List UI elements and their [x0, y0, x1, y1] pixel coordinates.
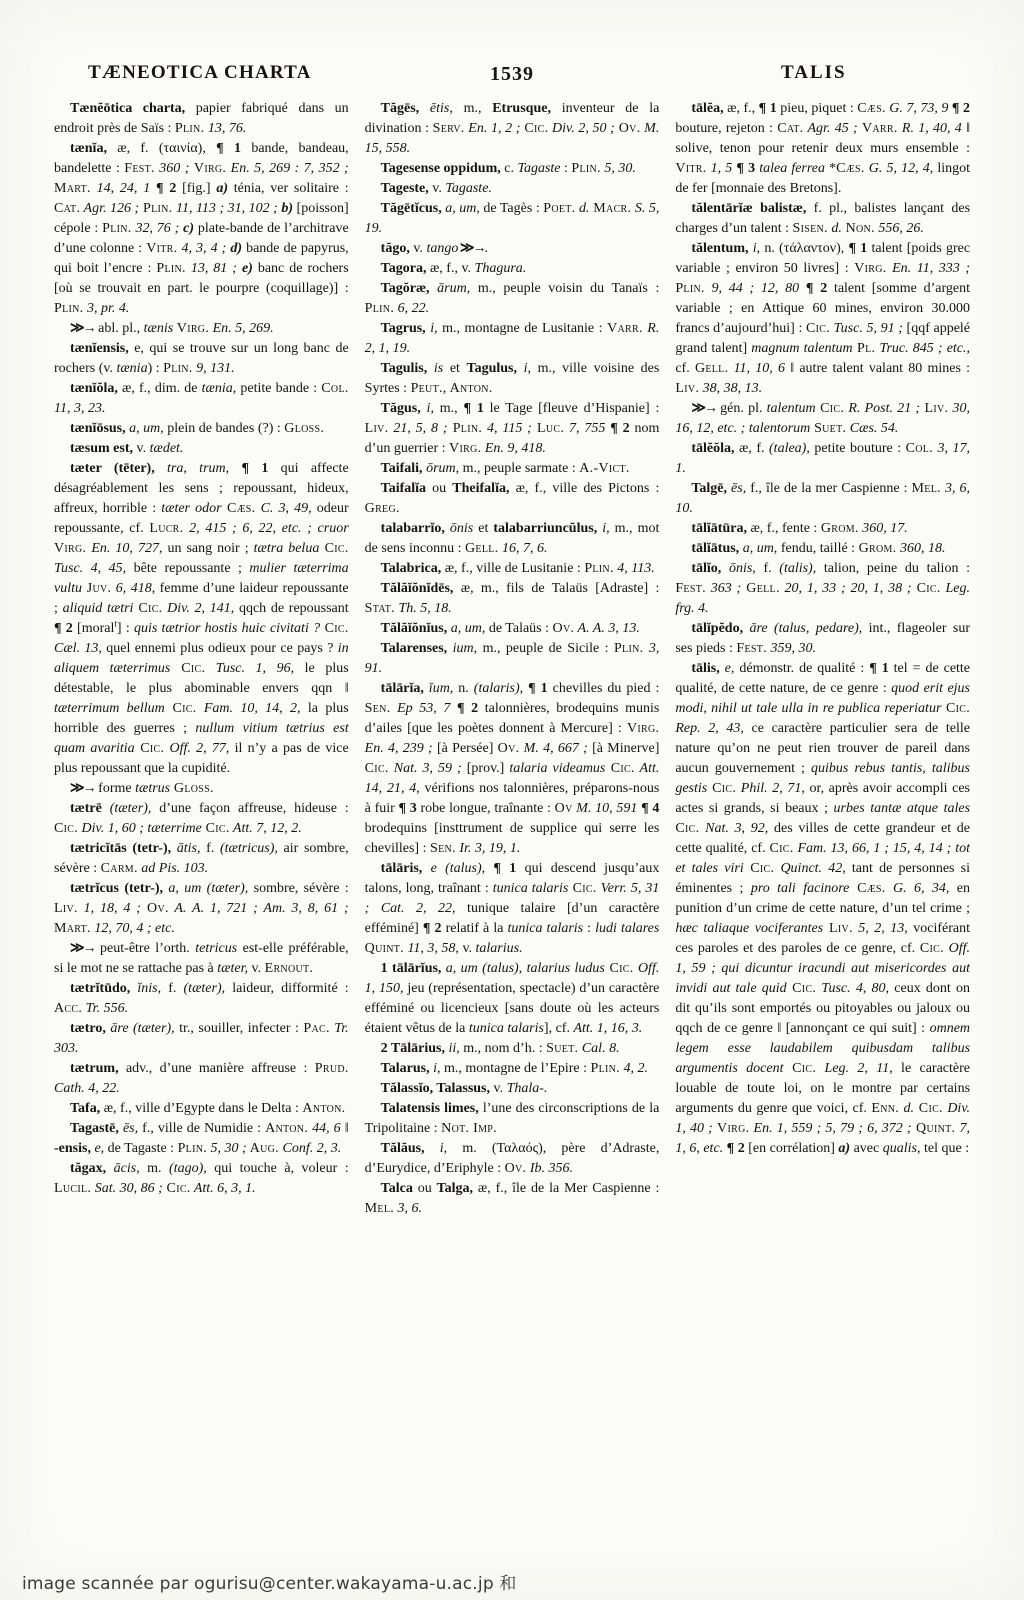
- text-run: Cic.: [320, 621, 349, 636]
- dictionary-entry: tālĭātūra, æ, f., fente : Grom. 360, 17.: [675, 519, 970, 539]
- text-run: [prov.]: [462, 761, 510, 776]
- text-run: ≫→: [458, 241, 484, 256]
- text-run: ¶ 1: [463, 401, 483, 416]
- text-run: a, um,: [447, 621, 485, 636]
- text-run: tel que :: [920, 1141, 969, 1156]
- dictionary-entry: tălentum, i, n. (τάλαντον), ¶ 1 talent […: [675, 239, 970, 399]
- dictionary-entry: tætrĭcus (tetr-), a, um (tæter), sombre,…: [54, 879, 349, 939]
- text-run: m.: [140, 1161, 169, 1176]
- text-run: Cic.: [941, 701, 970, 716]
- text-run: e): [237, 261, 253, 276]
- text-run: Plin.: [178, 1141, 207, 1156]
- headword: tālĭo,: [691, 561, 721, 576]
- text-run: Acc.: [54, 1001, 82, 1016]
- dictionary-entry: tālĭo, ōnis, f. (talis), talion, peine d…: [675, 559, 970, 619]
- dictionary-entry: 2 Tālārius, ii, m., nom d’h. : Suet. Cal…: [365, 1039, 660, 1059]
- text-run: Rep. 2, 43,: [675, 721, 744, 736]
- text-run: ētis,: [419, 101, 453, 116]
- text-run: tra, trum,: [155, 461, 229, 476]
- headword: Tălăĭŏnĭus,: [381, 621, 448, 636]
- dictionary-entry: Tageste, v. Tagaste.: [365, 179, 660, 199]
- dictionary-entry: Tălăus, i, m. (Ταλαός), père d’Adraste, …: [365, 1139, 660, 1179]
- dictionary-entry: Talarus, i, m., montagne de l’Epire : Pl…: [365, 1059, 660, 1079]
- text-run: Att. 6, 3, 1.: [191, 1181, 256, 1196]
- headword: Tagŏræ,: [381, 281, 430, 296]
- text-run: Gell.: [695, 361, 728, 376]
- text-run: pro tali facinore: [751, 881, 850, 896]
- headword: tălentārĭæ balistæ,: [691, 201, 806, 216]
- text-run: tænis: [144, 321, 174, 336]
- text-run: Virg.: [173, 321, 209, 336]
- text-run: Suet.: [810, 421, 846, 436]
- text-run: 21, 5, 8 ;: [388, 421, 447, 436]
- text-run: bouture, rejeton :: [675, 121, 777, 136]
- dictionary-entry: ≫→ gén. pl. talentum Cic. R. Post. 21 ; …: [675, 399, 970, 439]
- text-run: un sang noir ;: [162, 541, 253, 556]
- headword: tālĕa,: [691, 101, 723, 116]
- text-run: :: [561, 161, 572, 176]
- text-run: robe longue, traînante :: [417, 801, 555, 816]
- text-run: 1, 5: [707, 161, 733, 176]
- text-run: ¶ 1: [216, 141, 241, 156]
- text-run: ōnis,: [721, 561, 756, 576]
- headword: talabarrĭo,: [381, 521, 445, 536]
- headword: Tăgus,: [381, 401, 421, 416]
- text-run: Cic.: [54, 821, 78, 836]
- headword: tăgax,: [70, 1161, 106, 1176]
- text-run: Virg.: [854, 261, 886, 276]
- text-run: Liv.: [823, 921, 853, 936]
- headword: tætrum,: [70, 1061, 119, 1076]
- text-run: Fest.: [675, 581, 706, 596]
- text-run: En. 5, 269.: [209, 321, 274, 336]
- text-run: Div. 2, 141,: [162, 601, 234, 616]
- text-run: tætra belua: [254, 541, 320, 556]
- text-run: m., peuple sarmate :: [459, 461, 579, 476]
- headword: Tagesense oppidum,: [381, 161, 501, 176]
- text-run: m.,: [434, 401, 464, 416]
- headword: tālāris,: [381, 861, 423, 876]
- text-run: plein de bandes (?) :: [164, 421, 285, 436]
- text-run: bête repoussante ;: [126, 561, 249, 576]
- headword: tālis,: [691, 661, 719, 676]
- text-run: Div. 1, 60 ; tæterrime: [78, 821, 202, 836]
- headword: tætrĭcus (tetr-),: [70, 881, 163, 896]
- headword: Tăgētĭcus,: [381, 201, 442, 216]
- text-run: Grom.: [859, 541, 897, 556]
- text-run: R. Post. 21 ;: [844, 401, 920, 416]
- text-run: Fest.: [736, 641, 767, 656]
- text-run: Liv.: [675, 381, 699, 396]
- text-run: ¶ 2: [799, 281, 827, 296]
- text-run: Plin.: [614, 641, 643, 656]
- text-run: G. 7, 73, 9: [886, 101, 949, 116]
- text-run: Conf. 2, 3.: [279, 1141, 341, 1156]
- text-run: Plin.: [584, 561, 613, 576]
- text-run: Cic.: [707, 781, 736, 796]
- text-run: Cat.: [54, 201, 80, 216]
- text-run: æ, f., ville d’Egypte dans le Delta :: [100, 1101, 302, 1116]
- text-run: En. 9, 418.: [481, 441, 546, 456]
- text-run: [à Minerve]: [588, 741, 660, 756]
- text-run: 3, pr. 4.: [83, 301, 129, 316]
- headword: Talarus,: [381, 1061, 430, 1076]
- headword: tætro,: [70, 1021, 106, 1036]
- column-1: Tænĕōtica charta, papier fabriqué dans u…: [54, 99, 357, 1558]
- text-run: v.: [459, 941, 476, 956]
- text-run: æ, f. (ταινία),: [107, 141, 216, 156]
- dictionary-entry: Tagesense oppidum, c. Tagaste : Plin. 5,…: [365, 159, 660, 179]
- text-run: Cic.: [816, 401, 845, 416]
- text-run: Quint.: [912, 1121, 956, 1136]
- dictionary-entry: Tălăĭŏnĭus, a, um, de Talaüs : Ov. A. A.…: [365, 619, 660, 639]
- text-run: En. 4, 239 ;: [365, 741, 433, 756]
- headword: Tălăus,: [381, 1141, 425, 1156]
- text-run: Th. 5, 18.: [395, 601, 452, 616]
- headword: Talarenses,: [381, 641, 448, 656]
- text-run: ) :: [148, 361, 164, 376]
- text-run: talea ferrea: [755, 161, 825, 176]
- text-run: 6, 418,: [111, 581, 155, 596]
- scanned-dictionary-page: TÆNEOTICA CHARTA 1539 TALIS Tænĕōtica ch…: [0, 0, 1024, 1600]
- headword: tālĭātūra,: [691, 521, 747, 536]
- headword: 1 tālārĭus,: [381, 961, 442, 976]
- dictionary-entry: tætrum, adv., d’une manière affreuse : P…: [54, 1059, 349, 1099]
- text-run: Gell.: [465, 541, 498, 556]
- text-run: 38, 38, 13.: [699, 381, 762, 396]
- text-run: -ensis,: [54, 1141, 91, 1156]
- text-run: ou: [413, 1181, 437, 1196]
- text-run: Ov: [555, 801, 573, 816]
- headword: Tagulis,: [381, 361, 428, 376]
- text-run: Cæs.: [857, 101, 886, 116]
- headword: Tageste,: [381, 181, 429, 196]
- text-run: tunica talaris: [469, 1021, 544, 1036]
- text-run: Tr. 556.: [82, 1001, 128, 1016]
- text-run: 360 ;: [155, 161, 190, 176]
- text-run: Cic.: [787, 981, 817, 996]
- headword: Tăgēs,: [381, 101, 420, 116]
- text-run: ¶ 2: [54, 621, 73, 636]
- text-run: ēs,: [727, 481, 746, 496]
- text-run: Ov.: [615, 121, 641, 136]
- text-run: tetricus: [195, 941, 237, 956]
- text-run: Enn.: [871, 1101, 899, 1116]
- text-run: d.: [899, 1101, 914, 1116]
- headword: Tălăĭŏnĭdēs,: [381, 581, 454, 596]
- dictionary-entry: Tăgēs, ētis, m., Etrusque, inventeur de …: [365, 99, 660, 159]
- text-run: ¶ 1: [869, 661, 889, 676]
- text-run: qqch de repoussant: [234, 601, 348, 616]
- dictionary-entry: ≫→ forme tætrus Gloss.: [54, 779, 349, 799]
- text-run: R. 1, 40, 4: [898, 121, 962, 136]
- text-run: Cat.: [777, 121, 803, 136]
- text-run: quel ennemi plus odieux pour ce pays ?: [102, 641, 338, 656]
- text-run: (talea),: [769, 441, 810, 456]
- text-run: Virg.: [713, 1121, 750, 1136]
- text-run: Gell.: [741, 581, 780, 596]
- text-run: Cæl. 13,: [54, 641, 102, 656]
- text-run: ], cf.: [544, 1021, 574, 1036]
- text-run: (talis),: [779, 561, 816, 576]
- text-run: v.: [429, 181, 446, 196]
- text-run: n.: [453, 681, 473, 696]
- text-run: laideur, difformité :: [225, 981, 349, 996]
- text-run: Cic.: [744, 861, 775, 876]
- headword: tætrĭtūdo,: [70, 981, 130, 996]
- text-run: ‖ autre talent valant 80 mines :: [785, 361, 970, 376]
- text-run: Cic.: [319, 541, 348, 556]
- text-run: Mart.: [54, 181, 91, 196]
- text-run: i,: [597, 521, 609, 536]
- text-run: petite bouture :: [810, 441, 906, 456]
- text-run: a): [216, 181, 228, 196]
- text-run: urbes tantæ atque tales: [834, 801, 970, 816]
- text-run: Quinct. 42,: [774, 861, 845, 876]
- text-run: ou: [426, 481, 452, 496]
- text-run: Pac.: [303, 1021, 329, 1036]
- text-run: 13, 81 ;: [186, 261, 237, 276]
- text-run: talion, peine du talion :: [816, 561, 970, 576]
- text-run: m., montagne de Lusitanie :: [438, 321, 607, 336]
- text-run: ¶ 4: [637, 801, 659, 816]
- text-run: 4, 113.: [614, 561, 655, 576]
- dictionary-entry: tālĭātus, a, um, fendu, taillé : Grom. 3…: [675, 539, 970, 559]
- text-run: a, um (talus), talarius ludus: [441, 961, 604, 976]
- text-run: i,: [430, 1061, 441, 1076]
- text-run: G. 6, 34,: [886, 881, 950, 896]
- text-run: f.: [756, 561, 779, 576]
- text-run: (tæter),: [184, 981, 226, 996]
- text-run: ārum,: [430, 281, 471, 296]
- text-run: m., peuple voisin du Tanaïs :: [470, 281, 659, 296]
- text-run: 5, 30.: [601, 161, 636, 176]
- text-run: 360, 17.: [859, 521, 908, 536]
- dictionary-entry: Tăgus, i, m., ¶ 1 le Tage [fleuve d’Hisp…: [365, 399, 660, 459]
- text-run: forme: [95, 781, 135, 796]
- text-run: Vitr.: [146, 241, 177, 256]
- dictionary-entry: Tălăĭŏnĭdēs, æ, m., fils de Talaüs [Adra…: [365, 579, 660, 619]
- text-run: chevilles du pied :: [548, 681, 660, 696]
- text-run: avec: [850, 1141, 883, 1156]
- text-run: ¶ 1: [759, 101, 777, 116]
- text-run: En. 1, 2 ;: [465, 121, 521, 136]
- text-run: ium,: [447, 641, 477, 656]
- text-run: Fest.: [124, 161, 155, 176]
- text-run: f.: [201, 841, 220, 856]
- headword: Taifalĭa: [381, 481, 426, 496]
- headword: tænĭōsus,: [70, 421, 126, 436]
- text-run: (tætricus),: [220, 841, 278, 856]
- text-run: A. A. 1, 721 ; Am. 3, 8, 61 ;: [169, 901, 349, 916]
- text-run: d.: [828, 221, 842, 236]
- text-run: f., ville de Numidie :: [138, 1121, 265, 1136]
- headword: Taifali,: [381, 461, 423, 476]
- text-run: Talga,: [437, 1181, 473, 1196]
- text-run: [moral: [73, 621, 115, 636]
- text-run: relatif à la: [442, 921, 508, 936]
- text-run: aliquid tætri: [63, 601, 134, 616]
- headword: Talca: [381, 1181, 413, 1196]
- text-run: i,: [426, 321, 438, 336]
- text-run: āre (talus, pedare),: [743, 621, 862, 636]
- text-run: Fam. 10, 14, 2,: [196, 701, 300, 716]
- text-run: 11, 3, 58,: [404, 941, 459, 956]
- text-run: Virg.: [627, 721, 659, 736]
- text-run: de Tagaste :: [104, 1141, 177, 1156]
- text-run: i,: [421, 401, 434, 416]
- text-run: Carm.: [101, 861, 138, 876]
- text-run: tunica talaris: [493, 881, 569, 896]
- text-run: Ernout.: [265, 961, 314, 976]
- text-run: Sisen.: [793, 221, 828, 236]
- text-run: 2, 415 ; 6, 22, etc. ; cruor: [183, 521, 348, 536]
- text-run: Lucr.: [149, 521, 183, 536]
- text-run: 12, 70, 4 ; etc.: [91, 921, 175, 936]
- text-run: Ov.: [505, 1161, 527, 1176]
- text-run: a, um,: [126, 421, 164, 436]
- text-run: 4, 3, 4 ;: [177, 241, 226, 256]
- text-run: 13, 76.: [204, 121, 246, 136]
- headword: tænĭŏla,: [70, 381, 118, 396]
- text-run: Cic.: [912, 581, 941, 596]
- text-run: petite bande :: [236, 381, 321, 396]
- text-run: ≫→: [691, 401, 716, 416]
- text-run: v.: [133, 441, 150, 456]
- dictionary-entry: Talca ou Talga, æ, f., île de la Mer Cas…: [365, 1179, 660, 1219]
- column-3: tālĕa, æ, f., ¶ 1 pieu, piquet : Cæs. G.…: [667, 99, 970, 1558]
- text-run: æ, f., ville de Lusitanie :: [441, 561, 584, 576]
- text-run: ≫→: [70, 321, 95, 336]
- text-run: Tagaste.: [445, 181, 492, 196]
- text-run: 9, 44 ; 12, 80: [705, 281, 799, 296]
- headword: tālĕŏla,: [691, 441, 734, 456]
- dictionary-entry: tăgo, v. tango ≫→.: [365, 239, 660, 259]
- dictionary-entry: tălentārĭæ balistæ, f. pl., balistes lan…: [675, 199, 970, 239]
- dictionary-entry: Tălassĭo, Talassus, v. Thala-.: [365, 1079, 660, 1099]
- text-run: Liv.: [365, 421, 389, 436]
- text-run: Ep 53, 7: [391, 701, 451, 716]
- text-run: 556, 26.: [875, 221, 924, 236]
- headword: Tagrus,: [381, 321, 426, 336]
- text-run: Prud.: [315, 1061, 349, 1076]
- dictionary-entry: Taifalĭa ou Theifalĭa, æ, f., ville des …: [365, 479, 660, 519]
- text-run: Agr. 45 ;: [803, 121, 857, 136]
- dictionary-entry: tænĭensis, e, qui se trouve sur un long …: [54, 339, 349, 379]
- text-run: e,: [720, 661, 735, 676]
- text-run: ¶ 2: [605, 421, 629, 436]
- dictionary-entry: tālārĭa, ĭum, n. (talaris), ¶ 1 cheville…: [365, 679, 660, 859]
- dictionary-entry: tālĭpĕdo, āre (talus, pedare), int., fla…: [675, 619, 970, 659]
- text-run: Lucil.: [54, 1181, 91, 1196]
- text-run: ≫→: [70, 781, 95, 796]
- text-run: [en corrélation]: [745, 1141, 839, 1156]
- dictionary-entry: Talarenses, ium, m., peuple de Sicile : …: [365, 639, 660, 679]
- dictionary-entry: tænĭŏla, æ, f., dim. de tænia, petite ba…: [54, 379, 349, 419]
- text-run: En. 1, 559 ; 5, 79 ; 6, 372 ;: [749, 1121, 911, 1136]
- text-run: talaria videamus: [509, 761, 605, 776]
- dictionary-entry: Tăgētĭcus, a, um, de Tagès : Poet. d. Ma…: [365, 199, 660, 239]
- text-run: ¶ 2: [150, 181, 176, 196]
- text-run: d): [226, 241, 242, 256]
- text-run: et: [473, 521, 493, 536]
- text-run: Tusc. 5, 91 ;: [830, 321, 903, 336]
- text-run: et: [443, 361, 466, 376]
- text-run: Plin.: [102, 221, 131, 236]
- text-run: æ, f., ville des Pictons :: [509, 481, 659, 496]
- text-run: Ir. 3, 19, 1.: [456, 841, 521, 856]
- text-run: Mart.: [54, 921, 91, 936]
- text-run: 3, 6.: [394, 1201, 422, 1216]
- dictionary-entry: ≫→ abl. pl., tænis Virg. En. 5, 269.: [54, 319, 349, 339]
- text-run: ōnis: [445, 521, 473, 536]
- text-run: Tagulus,: [467, 361, 517, 376]
- text-run: Phil. 2, 71,: [736, 781, 805, 796]
- text-run: Off. 2, 77,: [164, 741, 229, 756]
- text-run: ōrum,: [423, 461, 460, 476]
- text-run: tætrus: [135, 781, 170, 796]
- text-run: 32, 76 ;: [132, 221, 180, 236]
- text-run: Not. Imp.: [441, 1121, 497, 1136]
- headword: tæsum est,: [70, 441, 133, 456]
- text-run: Pl.: [853, 341, 876, 356]
- dictionary-entry: Tagastē, ēs, f., ville de Numidie : Anto…: [54, 1119, 349, 1159]
- text-run: talabarriuncŭlus,: [493, 521, 597, 536]
- text-run: m., peuple de Sicile :: [477, 641, 614, 656]
- dictionary-entry: Tagora, æ, f., v. Thagura.: [365, 259, 660, 279]
- text-run: Quint.: [365, 941, 404, 956]
- text-run: Cæs. 54.: [846, 421, 898, 436]
- headword: tænĭensis,: [70, 341, 129, 356]
- dictionary-entry: tālis, e, démonstr. de qualité : ¶ 1 tel…: [675, 659, 970, 1159]
- text-run: m., montagne de l’Epire :: [440, 1061, 590, 1076]
- text-run: gén. pl.: [716, 401, 767, 416]
- dictionary-entry: Tafa, æ, f., ville d’Egypte dans le Delt…: [54, 1099, 349, 1119]
- text-run: Aug.: [247, 1141, 279, 1156]
- running-head-right: TALIS: [781, 62, 847, 84]
- dictionary-entry: tætrĭtūdo, ĭnis, f. (tæter), laideur, di…: [54, 979, 349, 1019]
- dictionary-entry: tætro, āre (tæter), tr., souiller, infec…: [54, 1019, 349, 1059]
- headword: Tălassĭo, Talassus,: [381, 1081, 490, 1096]
- headword: tālĭātus,: [691, 541, 739, 556]
- dictionary-entry: Tagulis, is et Tagulus, i, m., ville voi…: [365, 359, 660, 399]
- text-run: ¶ 1: [485, 861, 516, 876]
- text-run: ¶ 3: [399, 801, 417, 816]
- headword: Talabrica,: [381, 561, 442, 576]
- text-run: 4, 2.: [620, 1061, 648, 1076]
- dictionary-entry: tænĭa, æ, f. (ταινία), ¶ 1 bande, bandea…: [54, 139, 349, 319]
- text-run: 6, 22.: [394, 301, 429, 316]
- text-run: Plin.: [54, 301, 83, 316]
- text-run: Gloss.: [170, 781, 214, 796]
- dictionary-entry: 1 tālārĭus, a, um (talus), talarius ludu…: [365, 959, 660, 1039]
- text-run: Liv.: [920, 401, 948, 416]
- text-run: Grom.: [821, 521, 859, 536]
- text-run: æ, f., v.: [426, 261, 474, 276]
- text-run: æ, f., fente :: [747, 521, 821, 536]
- text-run: Virg.: [54, 541, 86, 556]
- dictionary-entry: tæter (tēter), tra, trum, ¶ 1 qui affect…: [54, 459, 349, 779]
- text-run: G. 5, 12, 4,: [865, 161, 934, 176]
- text-run: C. 3, 49,: [255, 501, 311, 516]
- dictionary-entry: tætricĭtās (tetr-), ātis, f. (tætricus),…: [54, 839, 349, 879]
- text-run: Cic.: [202, 821, 230, 836]
- text-run: 363 ;: [706, 581, 741, 596]
- text-run: Cic.: [914, 1101, 943, 1116]
- text-run: ¶ 1: [229, 461, 268, 476]
- text-run: Att. 1, 16, 3.: [573, 1021, 642, 1036]
- text-run: M. 4, 667 ;: [519, 741, 587, 756]
